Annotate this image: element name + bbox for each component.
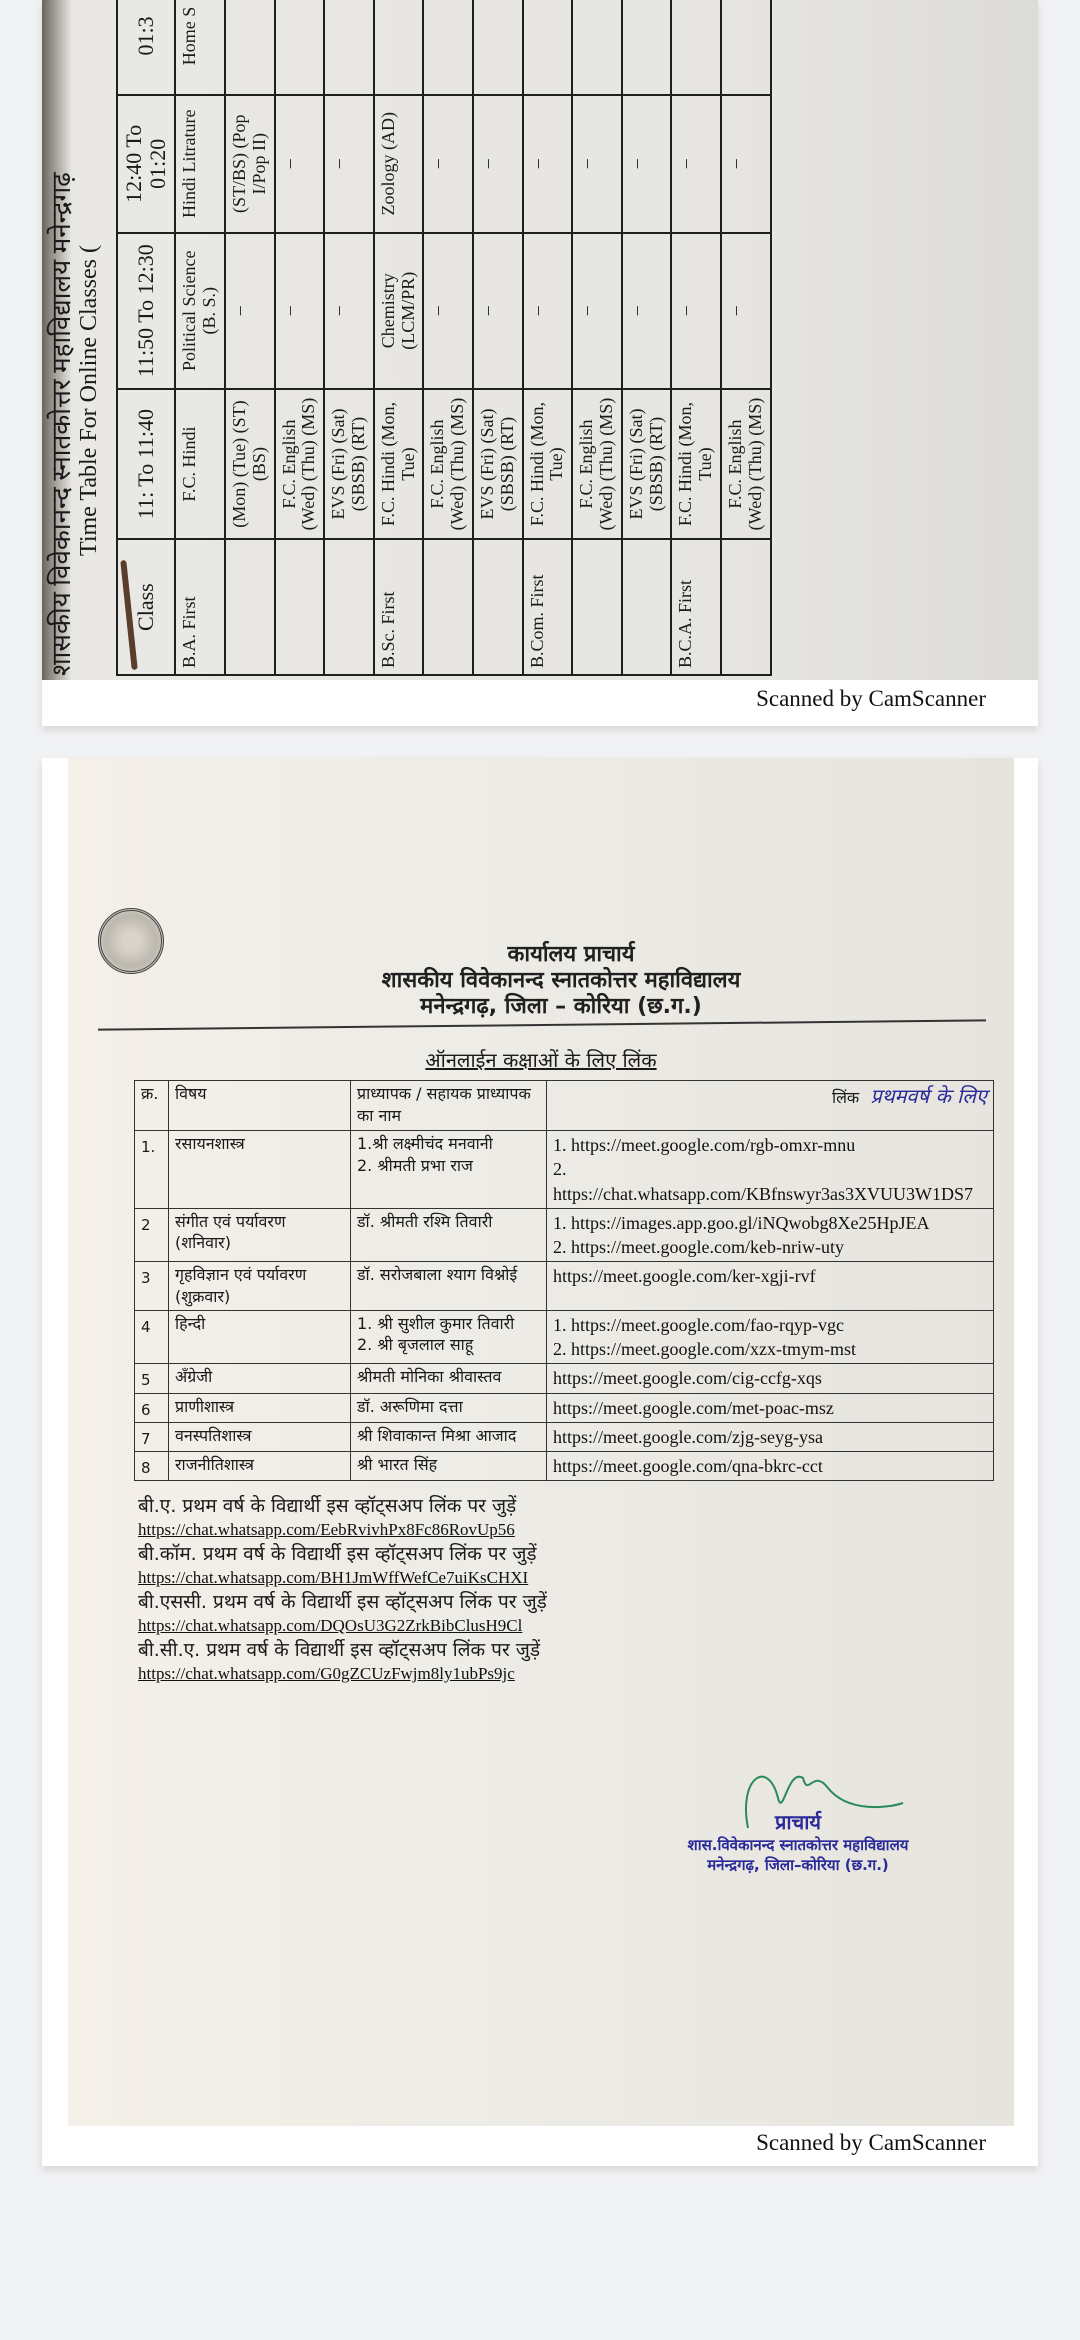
college-title-hindi: शासकीय विवेकानन्द स्नातकोत्तर महाविद्याल…: [42, 0, 78, 676]
whatsapp-groups-section: बी.ए. प्रथम वर्ष के विद्यार्थी इस व्हॉट्…: [138, 1494, 838, 1686]
link-cell: https://meet.google.com/qna-bkrc-cct: [547, 1452, 994, 1481]
slot-cell: [473, 0, 523, 95]
header-slot-1: 11: To 11:40: [117, 389, 175, 539]
link-cell: https://meet.google.com/ker-xgji-rvf: [547, 1262, 994, 1310]
timetable-row: F.C. English (Wed) (Thu) (MS)––: [275, 0, 325, 675]
class-link[interactable]: 1. https://meet.google.com/rgb-omxr-mnu: [553, 1133, 987, 1157]
links-table-body: 1.रसायनशास्त्र1.श्री लक्ष्मीचंद मनवानी 2…: [135, 1131, 994, 1481]
timetable-row: F.C. English (Wed) (Thu) (MS)––: [721, 0, 771, 675]
whatsapp-group-link[interactable]: https://chat.whatsapp.com/BH1JmWffWefCe7…: [138, 1566, 838, 1590]
slot-cell: [671, 0, 721, 95]
subject-cell: रसायनशास्त्र: [169, 1131, 351, 1209]
timetable-row: F.C. English (Wed) (Thu) (MS)––: [572, 0, 622, 675]
header-class: Class: [117, 539, 175, 675]
class-cell: [721, 539, 771, 675]
scanned-timetable-image: शासकीय विवेकानन्द स्नातकोत्तर महाविद्याल…: [42, 0, 1038, 680]
class-cell: B.A. First: [175, 539, 225, 675]
class-link[interactable]: https://meet.google.com/ker-xgji-rvf: [553, 1264, 987, 1288]
class-cell: B.Com. First: [523, 539, 573, 675]
timetable-row: B.A. FirstF.C. HindiPolitical Science (B…: [175, 0, 225, 675]
teacher-cell: डॉ. श्रीमती रश्मि तिवारी: [351, 1208, 547, 1262]
slot-cell: F.C. English (Wed) (Thu) (MS): [721, 389, 771, 539]
slot-cell: –: [622, 95, 672, 233]
serial-cell: 2: [135, 1208, 169, 1262]
subject-cell: अँग्रेजी: [169, 1364, 351, 1393]
timetable-row: EVS (Fri) (Sat) (SBSB) (RT)––: [473, 0, 523, 675]
slot-cell: [324, 0, 374, 95]
class-link[interactable]: https://meet.google.com/cig-ccfg-xqs: [553, 1366, 987, 1390]
serial-cell: 8: [135, 1452, 169, 1481]
class-cell: [275, 539, 325, 675]
whatsapp-group-label: बी.एससी. प्रथम वर्ष के विद्यार्थी इस व्ह…: [138, 1590, 838, 1614]
links-table-row: 3गृहविज्ञान एवं पर्यावरण (शुक्रवार)डॉ. स…: [135, 1262, 994, 1310]
slot-cell: –: [324, 233, 374, 389]
header-slot-3: 12:40 To 01:20: [117, 95, 175, 233]
slot-cell: –: [423, 233, 473, 389]
class-cell: [423, 539, 473, 675]
signature-address: मनेन्द्रगढ़, जिला–कोरिया (छ.ग.): [648, 1855, 948, 1875]
slot-cell: [275, 0, 325, 95]
slot-cell: –: [721, 233, 771, 389]
timetable-row: B.Com. FirstF.C. Hindi (Mon, Tue)––: [523, 0, 573, 675]
whatsapp-group-link[interactable]: https://chat.whatsapp.com/EebRvivhPx8Fc8…: [138, 1518, 838, 1542]
letterhead-address: मनेन्द्रगढ़, जिला – कोरिया (छ.ग.): [68, 990, 1014, 1020]
slot-cell: [622, 0, 672, 95]
timetable-row: EVS (Fri) (Sat) (SBSB) (RT)––: [324, 0, 374, 675]
document-page-2: कार्यालय प्राचार्य शासकीय विवेकानन्द स्न…: [42, 758, 1038, 2166]
slot-cell: Hindi Litrature: [175, 95, 225, 233]
teacher-cell: 1.श्री लक्ष्मीचंद मनवानी 2. श्रीमती प्रभ…: [351, 1131, 547, 1209]
slot-cell: –: [671, 95, 721, 233]
slot-cell: –: [523, 95, 573, 233]
link-cell: 1. https://images.app.goo.gl/iNQwobg8Xe2…: [547, 1208, 994, 1262]
subject-cell: वनस्पतिशास्त्र: [169, 1422, 351, 1451]
class-link[interactable]: 2. https://meet.google.com/xzx-tmym-mst: [553, 1337, 987, 1361]
slot-cell: (Mon) (Tue) (ST) (BS): [225, 389, 275, 539]
serial-cell: 4: [135, 1310, 169, 1364]
teacher-cell: श्री भारत सिंह: [351, 1452, 547, 1481]
link-cell: 1. https://meet.google.com/fao-rqyp-vgc2…: [547, 1310, 994, 1364]
online-class-links-table: क्र. विषय प्राध्यापक / सहायक प्राध्यापक …: [134, 1080, 994, 1481]
teacher-cell: 1. श्री सुशील कुमार तिवारी 2. श्री बृजला…: [351, 1310, 547, 1364]
link-cell: https://meet.google.com/zjg-seyg-ysa: [547, 1422, 994, 1451]
header-handwritten-note: प्रथमवर्ष के लिए: [870, 1084, 987, 1108]
slot-cell: –: [324, 95, 374, 233]
class-cell: [622, 539, 672, 675]
timetable-table: Class 11: To 11:40 11:50 To 12:30 12:40 …: [116, 0, 772, 676]
subject-cell: संगीत एवं पर्यावरण (शनिवार): [169, 1208, 351, 1262]
slot-cell: EVS (Fri) (Sat) (SBSB) (RT): [473, 389, 523, 539]
slot-cell: –: [473, 95, 523, 233]
principal-signature-block: प्राचार्य शास.विवेकानन्द स्नातकोत्तर महा…: [648, 1788, 948, 1875]
subject-cell: राजनीतिशास्त्र: [169, 1452, 351, 1481]
links-table-row: 7वनस्पतिशास्त्रश्री शिवाकान्त मिश्रा आजा…: [135, 1422, 994, 1451]
slot-cell: –: [671, 233, 721, 389]
timetable-body: B.A. FirstF.C. HindiPolitical Science (B…: [175, 0, 770, 675]
camscanner-watermark: Scanned by CamScanner: [756, 2130, 986, 2156]
teacher-cell: श्रीमती मोनिका श्रीवास्तव: [351, 1364, 547, 1393]
class-cell: [473, 539, 523, 675]
whatsapp-group-label: बी.कॉम. प्रथम वर्ष के विद्यार्थी इस व्हॉ…: [138, 1542, 838, 1566]
serial-cell: 3: [135, 1262, 169, 1310]
slot-cell: F.C. English (Wed) (Thu) (MS): [423, 389, 473, 539]
links-table-row: 8राजनीतिशास्त्रश्री भारत सिंहhttps://mee…: [135, 1452, 994, 1481]
links-table-row: 6प्राणीशास्त्रडॉ. अरूणिमा दत्ताhttps://m…: [135, 1393, 994, 1422]
document-subtitle: ऑनलाईन कक्षाओं के लिए लिंक: [68, 1046, 1014, 1073]
serial-cell: 5: [135, 1364, 169, 1393]
serial-cell: 7: [135, 1422, 169, 1451]
slot-cell: F.C. Hindi (Mon, Tue): [671, 389, 721, 539]
class-cell: [225, 539, 275, 675]
slot-cell: [423, 0, 473, 95]
slot-cell: Home S: [175, 0, 225, 95]
slot-cell: –: [275, 233, 325, 389]
class-link[interactable]: 2. https://meet.google.com/keb-nriw-uty: [553, 1235, 987, 1259]
subject-cell: हिन्दी: [169, 1310, 351, 1364]
slot-cell: –: [572, 95, 622, 233]
slot-cell: F.C. English (Wed) (Thu) (MS): [572, 389, 622, 539]
slot-cell: –: [473, 233, 523, 389]
class-link[interactable]: https://meet.google.com/met-poac-msz: [553, 1396, 987, 1420]
links-table-row: 4हिन्दी1. श्री सुशील कुमार तिवारी 2. श्र…: [135, 1310, 994, 1364]
signature-scribble-icon: [708, 1758, 908, 1838]
class-link[interactable]: https://meet.google.com/qna-bkrc-cct: [553, 1454, 987, 1478]
timetable-row: (Mon) (Tue) (ST) (BS)–(ST/BS) (Pop I/Pop…: [225, 0, 275, 675]
header-link-label: लिंक: [832, 1088, 859, 1107]
timetable-row: EVS (Fri) (Sat) (SBSB) (RT)––: [622, 0, 672, 675]
teacher-cell: डॉ. अरूणिमा दत्ता: [351, 1393, 547, 1422]
slot-cell: –: [523, 233, 573, 389]
header-subject: विषय: [169, 1081, 351, 1131]
slot-cell: –: [225, 233, 275, 389]
timetable-row: B.C.A. FirstF.C. Hindi (Mon, Tue)––: [671, 0, 721, 675]
slot-cell: (ST/BS) (Pop I/Pop II): [225, 95, 275, 233]
letterhead-divider: [98, 1019, 986, 1030]
slot-cell: [523, 0, 573, 95]
links-table-row: 2संगीत एवं पर्यावरण (शनिवार)डॉ. श्रीमती …: [135, 1208, 994, 1262]
class-link[interactable]: 1. https://meet.google.com/fao-rqyp-vgc: [553, 1313, 987, 1337]
slot-cell: –: [275, 95, 325, 233]
timetable-row: F.C. English (Wed) (Thu) (MS)––: [423, 0, 473, 675]
class-link[interactable]: https://meet.google.com/zjg-seyg-ysa: [553, 1425, 987, 1449]
serial-cell: 6: [135, 1393, 169, 1422]
camscanner-watermark: Scanned by CamScanner: [756, 686, 986, 712]
subject-cell: प्राणीशास्त्र: [169, 1393, 351, 1422]
subject-cell: गृहविज्ञान एवं पर्यावरण (शुक्रवार): [169, 1262, 351, 1310]
slot-cell: EVS (Fri) (Sat) (SBSB) (RT): [324, 389, 374, 539]
slot-cell: –: [721, 95, 771, 233]
class-cell: B.C.A. First: [671, 539, 721, 675]
slot-cell: F.C. Hindi (Mon, Tue): [523, 389, 573, 539]
slot-cell: F.C. English (Wed) (Thu) (MS): [275, 389, 325, 539]
slot-cell: –: [622, 233, 672, 389]
whatsapp-group-label: बी.सी.ए. प्रथम वर्ष के विद्यार्थी इस व्ह…: [138, 1638, 838, 1662]
links-table-row: 5अँग्रेजीश्रीमती मोनिका श्रीवास्तवhttps:…: [135, 1364, 994, 1393]
whatsapp-group-link[interactable]: https://chat.whatsapp.com/G0gZCUzFwjm8ly…: [138, 1662, 838, 1686]
teacher-cell: डॉ. सरोजबाला श्याग विश्नोई: [351, 1262, 547, 1310]
document-page-1: शासकीय विवेकानन्द स्नातकोत्तर महाविद्याल…: [42, 0, 1038, 726]
link-cell: 1. https://meet.google.com/rgb-omxr-mnu2…: [547, 1131, 994, 1209]
slot-cell: [572, 0, 622, 95]
scanned-letter-image: कार्यालय प्राचार्य शासकीय विवेकानन्द स्न…: [68, 758, 1014, 2126]
link-cell: https://meet.google.com/cig-ccfg-xqs: [547, 1364, 994, 1393]
link-cell: https://meet.google.com/met-poac-msz: [547, 1393, 994, 1422]
class-link[interactable]: 1. https://images.app.goo.gl/iNQwobg8Xe2…: [553, 1211, 987, 1235]
class-cell: [572, 539, 622, 675]
serial-cell: 1.: [135, 1131, 169, 1209]
links-table-row: 1.रसायनशास्त्र1.श्री लक्ष्मीचंद मनवानी 2…: [135, 1131, 994, 1209]
timetable-rotated: शासकीय विवेकानन्द स्नातकोत्तर महाविद्याल…: [116, 0, 976, 676]
class-cell: [324, 539, 374, 675]
header-slot-4: 01:3: [117, 0, 175, 95]
class-cell: B.Sc. First: [374, 539, 424, 675]
teacher-cell: श्री शिवाकान्त मिश्रा आजाद: [351, 1422, 547, 1451]
slot-cell: –: [423, 95, 473, 233]
slot-cell: [225, 0, 275, 95]
slot-cell: F.C. Hindi: [175, 389, 225, 539]
slot-cell: Chemistry (LCM/PR): [374, 233, 424, 389]
slot-cell: [721, 0, 771, 95]
header-serial: क्र.: [135, 1081, 169, 1131]
whatsapp-group-link[interactable]: https://chat.whatsapp.com/DQOsU3G2ZrkBib…: [138, 1614, 838, 1638]
whatsapp-group-label: बी.ए. प्रथम वर्ष के विद्यार्थी इस व्हॉट्…: [138, 1494, 838, 1518]
slot-cell: [374, 0, 424, 95]
slot-cell: Political Science (B. S.): [175, 233, 225, 389]
class-link[interactable]: 2. https://chat.whatsapp.com/KBfnswyr3as…: [553, 1157, 987, 1206]
slot-cell: –: [572, 233, 622, 389]
timetable-title: Time Table For Online Classes (: [76, 0, 103, 676]
timetable-row: B.Sc. FirstF.C. Hindi (Mon, Tue)Chemistr…: [374, 0, 424, 675]
header-teacher: प्राध्यापक / सहायक प्राध्यापक का नाम: [351, 1081, 547, 1131]
header-slot-2: 11:50 To 12:30: [117, 233, 175, 389]
header-link: लिंक प्रथमवर्ष के लिए: [547, 1081, 994, 1131]
slot-cell: F.C. Hindi (Mon, Tue): [374, 389, 424, 539]
signature-college: शास.विवेकानन्द स्नातकोत्तर महाविद्यालय: [648, 1835, 948, 1855]
slot-cell: EVS (Fri) (Sat) (SBSB) (RT): [622, 389, 672, 539]
slot-cell: Zoology (AD): [374, 95, 424, 233]
